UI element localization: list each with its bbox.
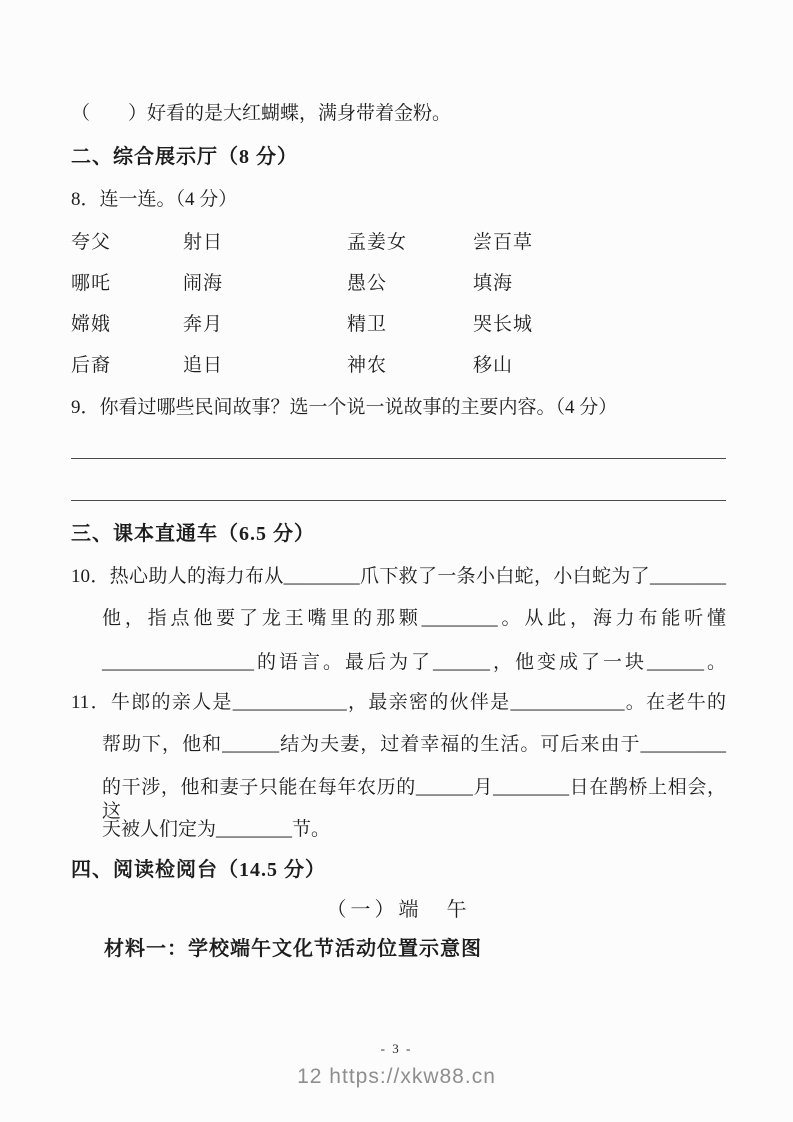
test-paper-page: （ ）好看的是大红蝴蝶，满身带着金粉。 二、综合展示厅（8 分） 8．连一连。（… [0,0,793,1122]
question10-line2: 他，指点他要了龙王嘴里的那颗________。从此，海力布能听懂 [102,607,726,631]
match-item: 填海 [473,272,726,313]
question10-line3: ________________的语言。最后为了______，他变成了一块___… [102,651,726,675]
match-item: 精卫 [347,313,473,354]
match-item: 神农 [347,354,473,395]
match-item: 闹海 [183,272,347,313]
question11-line3: 的干涉，他和妻子只能在每年农历的______月________日在鹊桥上相会，这 [102,776,726,824]
question10-line1: 10．热心助人的海力布从________爪下救了一条小白蛇，小白蛇为了_____… [71,565,726,589]
match-item: 射日 [183,231,347,272]
match-item: 夸父 [71,231,183,272]
match-item: 后裔 [71,354,183,395]
answer-line [71,500,726,501]
match-item: 移山 [473,354,726,395]
question11-line4: 天被人们定为________节。 [102,818,726,842]
match-item: 追日 [183,354,347,395]
question9-label: 9．你看过哪些民间故事？选一个说一说故事的主要内容。（4 分） [71,396,726,420]
match-item: 奔月 [183,313,347,354]
question8-label: 8．连一连。（4 分） [71,188,726,212]
section2-heading: 二、综合展示厅（8 分） [71,145,726,170]
question11-line1: 11．牛郎的亲人是____________，最亲密的伙伴是___________… [71,691,726,715]
section4-heading: 四、阅读检阅台（14.5 分） [71,858,726,883]
match-item: 嫦娥 [71,313,183,354]
question11-line2: 帮助下，他和______结为夫妻，过着幸福的生活。可后来由于_________ [102,733,726,757]
reading-subtitle: （一）端 午 [71,898,726,923]
answer-line [71,458,726,459]
page-number: - 3 - [0,1041,793,1057]
match-item: 愚公 [347,272,473,313]
match-exercise: 夸父 射日 孟姜女 尝百草 哪吒 闹海 愚公 填海 嫦娥 奔月 精卫 哭长城 后… [71,231,726,395]
match-item: 哪吒 [71,272,183,313]
match-item: 尝百草 [473,231,726,272]
match-item: 哭长城 [473,313,726,354]
match-item: 孟姜女 [347,231,473,272]
section3-heading: 三、课本直通车（6.5 分） [71,522,726,547]
watermark-url: 12 https://xkw88.cn [0,1064,793,1090]
intro-line: （ ）好看的是大红蝴蝶，满身带着金粉。 [71,102,726,126]
material-caption: 材料一：学校端午文化节活动位置示意图 [104,937,726,962]
